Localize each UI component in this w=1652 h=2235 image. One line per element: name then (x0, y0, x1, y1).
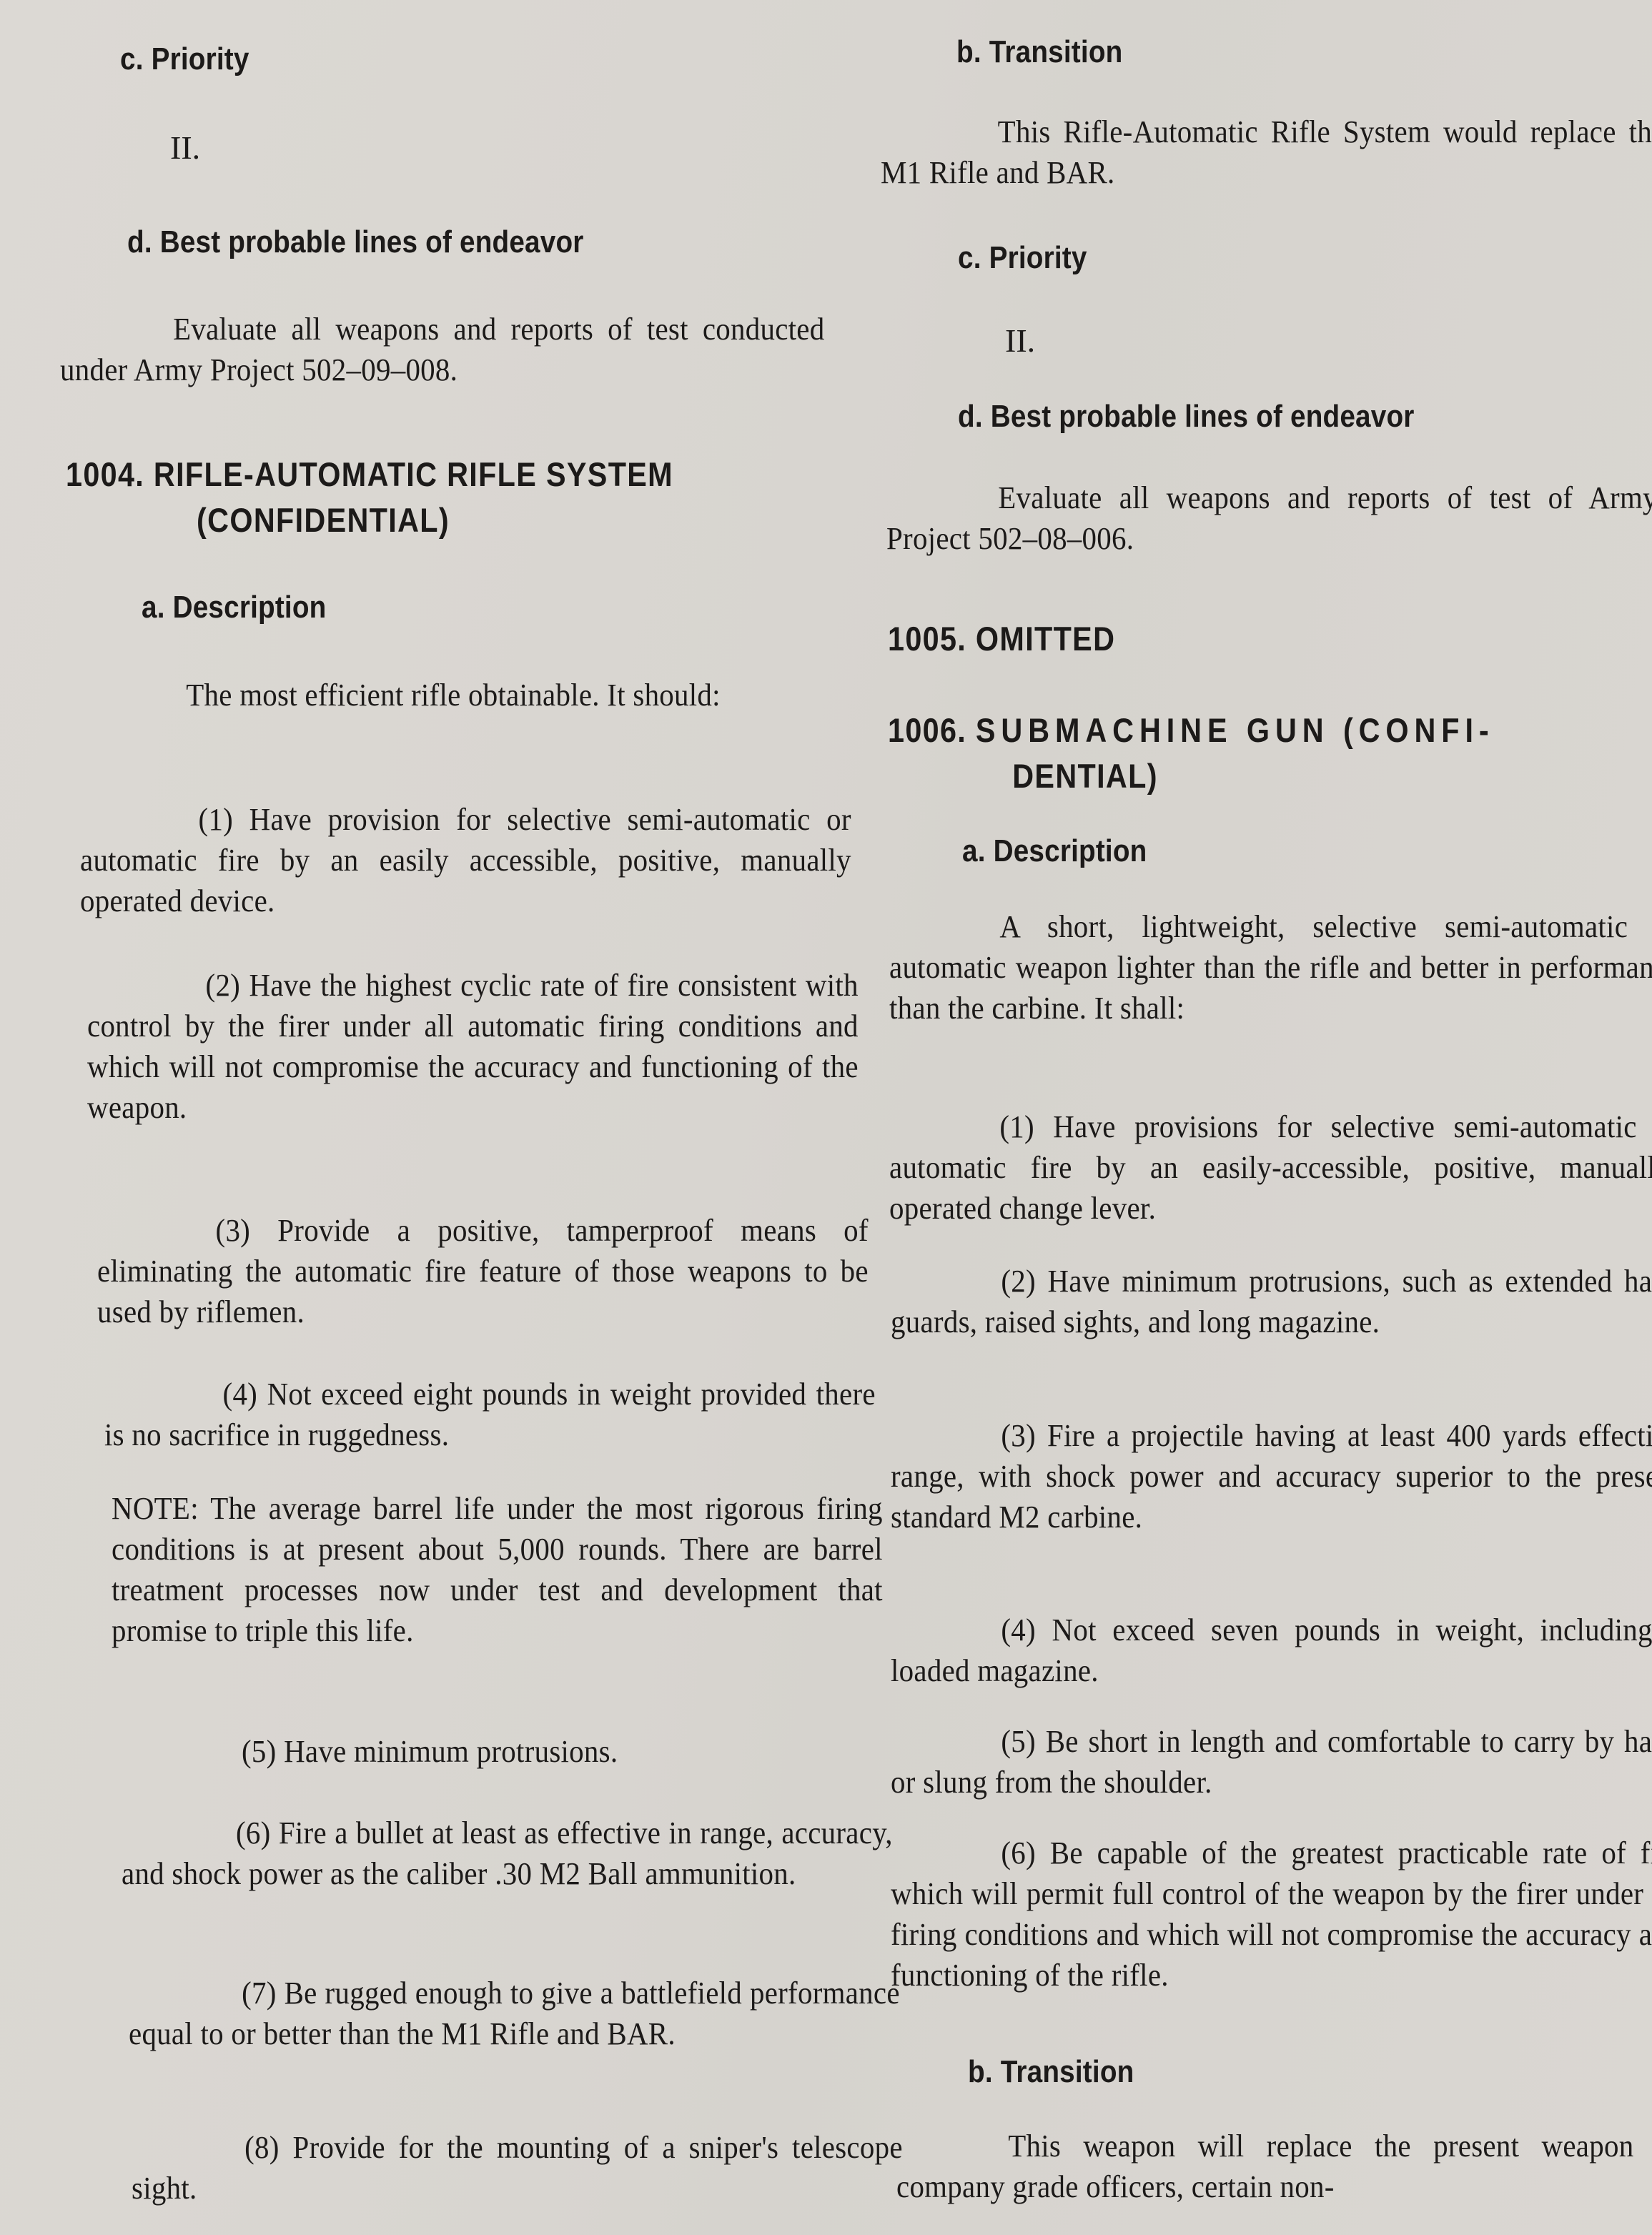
description-intro: A short, lightweight, selective semi-aut… (889, 906, 1652, 1029)
section-title-line1: RIFLE-AUTOMATIC RIFLE SYSTEM (154, 455, 673, 493)
requirement-item-4: (4) Not exceed eight pounds in weight pr… (104, 1374, 876, 1455)
section-number: 1005. (888, 620, 966, 658)
requirement-item-1: (1) Have provisions for selective semi-a… (889, 1106, 1652, 1229)
section-title-line2: (CONFIDENTIAL) (66, 497, 673, 543)
requirement-item-8: (8) Provide for the mounting of a sniper… (132, 2127, 903, 2209)
requirement-item-3: (3) Fire a projectile having at least 40… (891, 1415, 1652, 1537)
best-lines-text: Evaluate all weapons and reports of test… (886, 477, 1652, 559)
transition-text: This Rifle-Automatic Rifle System would … (881, 111, 1652, 193)
requirement-item-2: (2) Have minimum protrusions, such as ex… (891, 1261, 1652, 1342)
requirement-item-6: (6) Be capable of the greatest practicab… (891, 1833, 1652, 1996)
transition-text: This weapon will replace the present wea… (896, 2126, 1652, 2207)
requirement-item-6: (6) Fire a bullet at least as effective … (122, 1813, 893, 1894)
priority-value: II. (170, 129, 200, 167)
subheading-description: a. Description (962, 833, 1147, 869)
subheading-best-lines: d. Best probable lines of endeavor (127, 224, 584, 260)
subheading-transition: b. Transition (968, 2054, 1134, 2090)
subheading-best-lines: d. Best probable lines of endeavor (958, 399, 1415, 435)
requirement-item-7: (7) Be rugged enough to give a battlefie… (129, 1973, 900, 2054)
requirement-item-3: (3) Provide a positive, tamperproof mean… (97, 1210, 869, 1332)
requirement-item-4: (4) Not exceed seven pounds in weight, i… (891, 1610, 1652, 1691)
description-intro: The most efficient rifle obtainable. It … (74, 675, 839, 715)
section-heading-1004: 1004. RIFLE-AUTOMATIC RIFLE SYSTEM (CONF… (66, 452, 673, 543)
subheading-priority: c. Priority (958, 240, 1087, 276)
subheading-description: a. Description (142, 590, 327, 625)
requirement-item-5: (5) Have minimum protrusions. (242, 1731, 840, 1772)
requirement-item-2: (2) Have the highest cyclic rate of fire… (87, 965, 859, 1128)
priority-value: II. (1005, 322, 1035, 360)
section-title-line1: SUBMACHINE GUN (CONFI- (976, 711, 1495, 749)
section-heading-1006: 1006. SUBMACHINE GUN (CONFI- DENTIAL) (888, 708, 1495, 799)
section-title: OMITTED (976, 620, 1115, 658)
subheading-priority: c. Priority (120, 41, 249, 77)
best-lines-text: Evaluate all weapons and reports of test… (60, 309, 825, 390)
section-number: 1006. (888, 711, 966, 749)
section-number: 1004. (66, 455, 144, 493)
note-text: NOTE: The average barrel life under the … (112, 1488, 883, 1651)
requirement-item-1: (1) Have provision for selective semi-au… (80, 799, 851, 921)
subheading-transition: b. Transition (956, 34, 1122, 70)
requirement-item-5: (5) Be short in length and comfortable t… (891, 1721, 1652, 1803)
section-title-line2: DENTIAL) (888, 753, 1495, 799)
section-heading-1005: 1005. OMITTED (888, 616, 1115, 662)
